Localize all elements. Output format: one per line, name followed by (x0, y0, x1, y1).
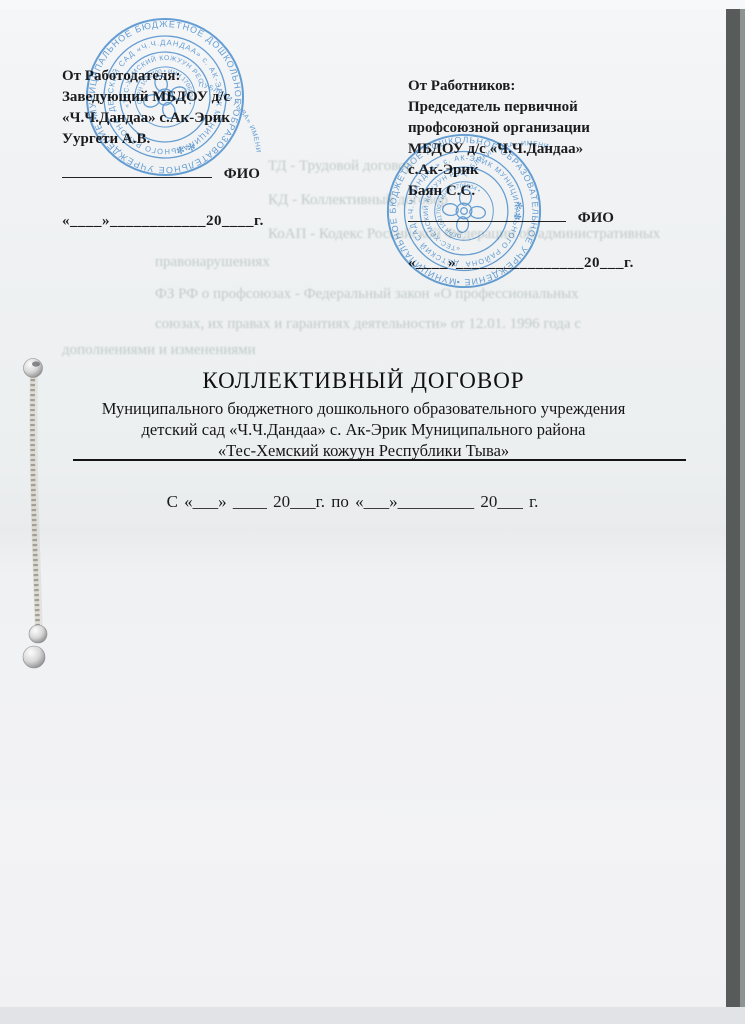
stamp-star-separators: ✻ ✻ (513, 201, 526, 221)
stamp-star-separators: ✻ ✻ (175, 142, 197, 158)
bleedthrough-line: правонарушениях (155, 254, 270, 271)
employees-heading: От Работников: (408, 76, 688, 97)
scanner-bottom-band (0, 1007, 745, 1024)
fio-label: ФИО (578, 210, 614, 226)
scanner-right-dark-strip (726, 9, 740, 1008)
binding-cord-icon (6, 356, 72, 686)
bleedthrough-line: союзах, их правах и гарантиях деятельнос… (155, 316, 581, 333)
cord-seal-bead (24, 359, 43, 378)
document-subtitle: Муниципального бюджетного дошкольного об… (0, 398, 727, 461)
subtitle-line: «Тес-Хемский кожуун Республики Тыва» (0, 440, 727, 461)
title-underline-rule (73, 459, 686, 461)
validity-period-line: С «___» ____ 20___г. по «___»_________ 2… (0, 492, 705, 512)
fio-label: ФИО (224, 166, 260, 182)
employees-line: Председатель первичной (408, 97, 688, 118)
subtitle-line: Муниципального бюджетного дошкольного об… (0, 398, 727, 419)
scanner-top-band (0, 0, 745, 9)
scanned-page: ТД - Трудовой договор КД - Коллективный … (0, 0, 745, 1024)
cord-seal-bead (23, 646, 45, 668)
bleedthrough-line: дополнениями и изменениями (62, 342, 256, 359)
document-title: КОЛЛЕКТИВНЫЙ ДОГОВОР (0, 368, 727, 394)
subtitle-line: детский сад «Ч.Ч.Дандаа» с. Ак-Эрик Муни… (0, 419, 727, 440)
round-stamp-icon: МУНИЦИПАЛЬНОЕ БЮДЖЕТНОЕ ДОШКОЛЬНОЕ ОБРАЗ… (377, 124, 551, 298)
cord-seal-bead (29, 625, 47, 643)
employer-date-row: «____»____________20____г. (62, 211, 342, 232)
scanner-right-edge (740, 9, 745, 1008)
